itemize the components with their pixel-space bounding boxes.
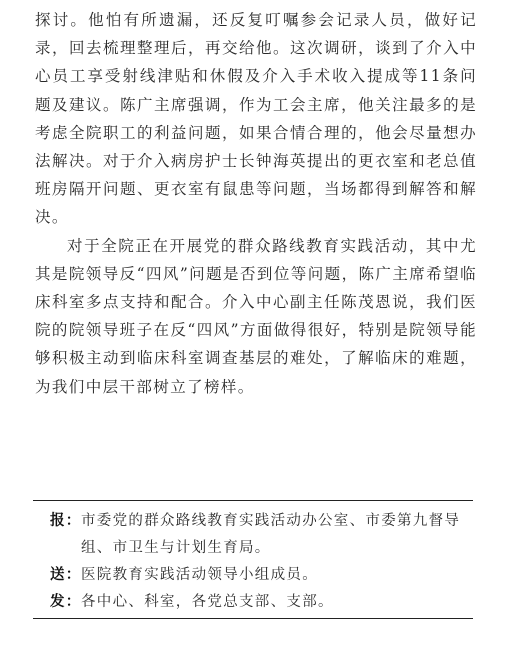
paragraph: 探讨。他怕有所遗漏，还反复叮嘱参会记录人员，做好记录，回去梳理整理后，再交给他。… <box>35 6 477 232</box>
distribution-recipients: 各中心、科室，各党总支部、支部。 <box>81 589 470 616</box>
divider-top <box>33 500 473 501</box>
distribution-send-to: 送： 医院教育实践活动领导小组成员。 <box>50 562 470 589</box>
paragraph: 对于全院正在开展党的群众路线教育实践活动，其中尤其是院领导反“四风”问题是否到位… <box>35 232 477 401</box>
distribution-recipients: 医院教育实践活动领导小组成员。 <box>81 562 470 589</box>
document-body: 探讨。他怕有所遗漏，还反复叮嘱参会记录人员，做好记录，回去梳理整理后，再交给他。… <box>35 6 477 401</box>
divider-bottom <box>33 618 473 619</box>
distribution-label: 报： <box>50 508 81 562</box>
distribution-recipients: 市委党的群众路线教育实践活动办公室、市委第九督导组、市卫生与计划生育局。 <box>81 508 470 562</box>
distribution-label: 送： <box>50 562 81 589</box>
distribution-issue-to: 发： 各中心、科室，各党总支部、支部。 <box>50 589 470 616</box>
distribution-label: 发： <box>50 589 81 616</box>
distribution-report-to: 报： 市委党的群众路线教育实践活动办公室、市委第九督导组、市卫生与计划生育局。 <box>50 508 470 562</box>
distribution-list: 报： 市委党的群众路线教育实践活动办公室、市委第九督导组、市卫生与计划生育局。 … <box>50 508 470 616</box>
